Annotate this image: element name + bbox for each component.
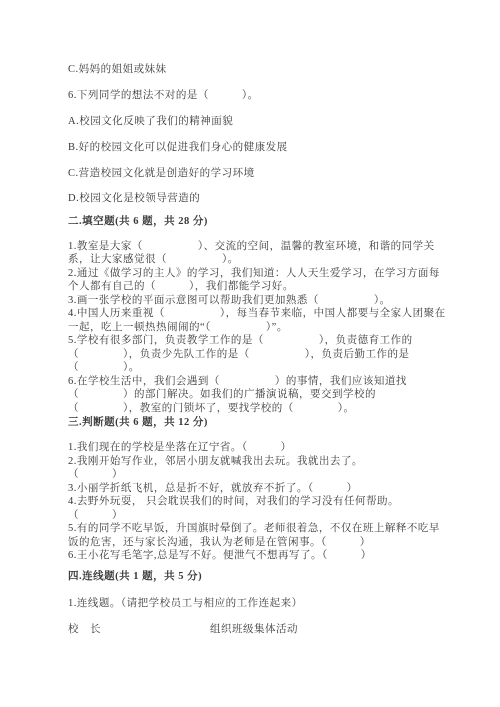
match-row: 校 长组织班级集体活动 bbox=[68, 623, 450, 637]
text-line: D.校园文化是校领导营造的 bbox=[68, 192, 450, 206]
section-matching: 四.连线题(共 1 题，共 5 分)1.连线题。（请把学校员工与相应的工作连起来… bbox=[68, 570, 450, 637]
text-line: 3.小丽学折纸飞机，总是折不好，就放弃不折了。（ ） bbox=[68, 482, 450, 496]
section-title: 二.填空题(共 6 题，共 28 分) bbox=[68, 215, 450, 229]
text-line: 4.去野外玩耍， 只会耽误我们的时间，对我们的学习没有任何帮助。 bbox=[68, 495, 450, 509]
match-right-item: 组织班级集体活动 bbox=[210, 624, 298, 635]
text-line: 一起，吃上一顿热热闹闹的“（ ）”。 bbox=[68, 321, 450, 335]
text-line: 5.学校有很多部门，负责教学工作的是（ ），负责德育工作的 bbox=[68, 334, 450, 348]
text-line: B.好的校园文化可以促进我们身心的健康发展 bbox=[68, 141, 450, 155]
section-fill-in-the-blank: 二.填空题(共 6 题，共 28 分)1.教室是大家（ ）、交流的空间，温馨的教… bbox=[68, 215, 450, 416]
text-line: 2.我刚开始写作业，邻居小朋友就喊我出去玩。我就出去了。 bbox=[68, 455, 450, 469]
text-line: 6.王小花写毛笔字,总是写不好。便泄气不想再写了。（ ） bbox=[68, 549, 450, 563]
text-line: 6.下列同学的想法不对的是（ ）。 bbox=[68, 89, 450, 103]
text-line: （ ），负责少先队工作的是（ ），负责后勤工作的是 bbox=[68, 348, 450, 362]
text-line: 个人都有自己的（ ），我们都能学习好。 bbox=[68, 280, 450, 294]
text-line: 6.在学校生活中，我们会遇到（ ）的事情，我们应该知道找 bbox=[68, 375, 450, 389]
text-line: （ ）。 bbox=[68, 361, 450, 375]
text-line: 2.通过《做学习的主人》的学习，我们知道：人人天生爱学习，在学习方面每 bbox=[68, 267, 450, 281]
text-line: 3.画一张学校的平面示意图可以帮助我们更加熟悉（ ）。 bbox=[68, 294, 450, 308]
text-line: A.校园文化反映了我们的精神面貌 bbox=[68, 115, 450, 129]
section-true-false: 三.判断题(共 6 题，共 12 分)1.我们现在的学校是坐落在辽宁省。（ ）2… bbox=[68, 416, 450, 563]
text-line: C.妈妈的姐姐或妹妹 bbox=[68, 63, 450, 77]
text-line: （ ） bbox=[68, 509, 450, 523]
exam-paper-page: C.妈妈的姐姐或妹妹6.下列同学的想法不对的是（ ）。A.校园文化反映了我们的精… bbox=[0, 0, 500, 707]
text-line: 1.连线题。（请把学校员工与相应的工作连起来） bbox=[68, 597, 450, 611]
text-line: C.营造校园文化就是创造好的学习环境 bbox=[68, 167, 450, 181]
text-line: （ ） bbox=[68, 468, 450, 482]
section-title: 三.判断题(共 6 题，共 12 分) bbox=[68, 416, 450, 430]
text-line: 4.中国人历来重视（ ），每当春节来临，中国人都要与全家人团聚在 bbox=[68, 307, 450, 321]
section-multiple-choice-tail: C.妈妈的姐姐或妹妹6.下列同学的想法不对的是（ ）。A.校园文化反映了我们的精… bbox=[68, 63, 450, 206]
text-line: 饭的危害，还与家长沟通，我认为老师是在管闲事。（ ） bbox=[68, 536, 450, 550]
text-line: （ ），教室的门锁坏了，要找学校的（ ）。 bbox=[68, 402, 450, 416]
text-line: 1.教室是大家（ ）、交流的空间，温馨的教室环境，和谐的同学关 bbox=[68, 240, 450, 254]
section-title: 四.连线题(共 1 题，共 5 分) bbox=[68, 570, 450, 584]
match-left-item: 校 长 bbox=[68, 623, 210, 637]
text-line: 系，让大家感觉很（ ）。 bbox=[68, 253, 450, 267]
text-line: 5.有的同学不吃早饭，升国旗时晕倒了。老师很着急，不仅在班上解释不吃早 bbox=[68, 522, 450, 536]
text-line: （ ）的部门解决。如我们的广播演说稿，要交到学校的 bbox=[68, 388, 450, 402]
text-line: 1.我们现在的学校是坐落在辽宁省。（ ） bbox=[68, 441, 450, 455]
